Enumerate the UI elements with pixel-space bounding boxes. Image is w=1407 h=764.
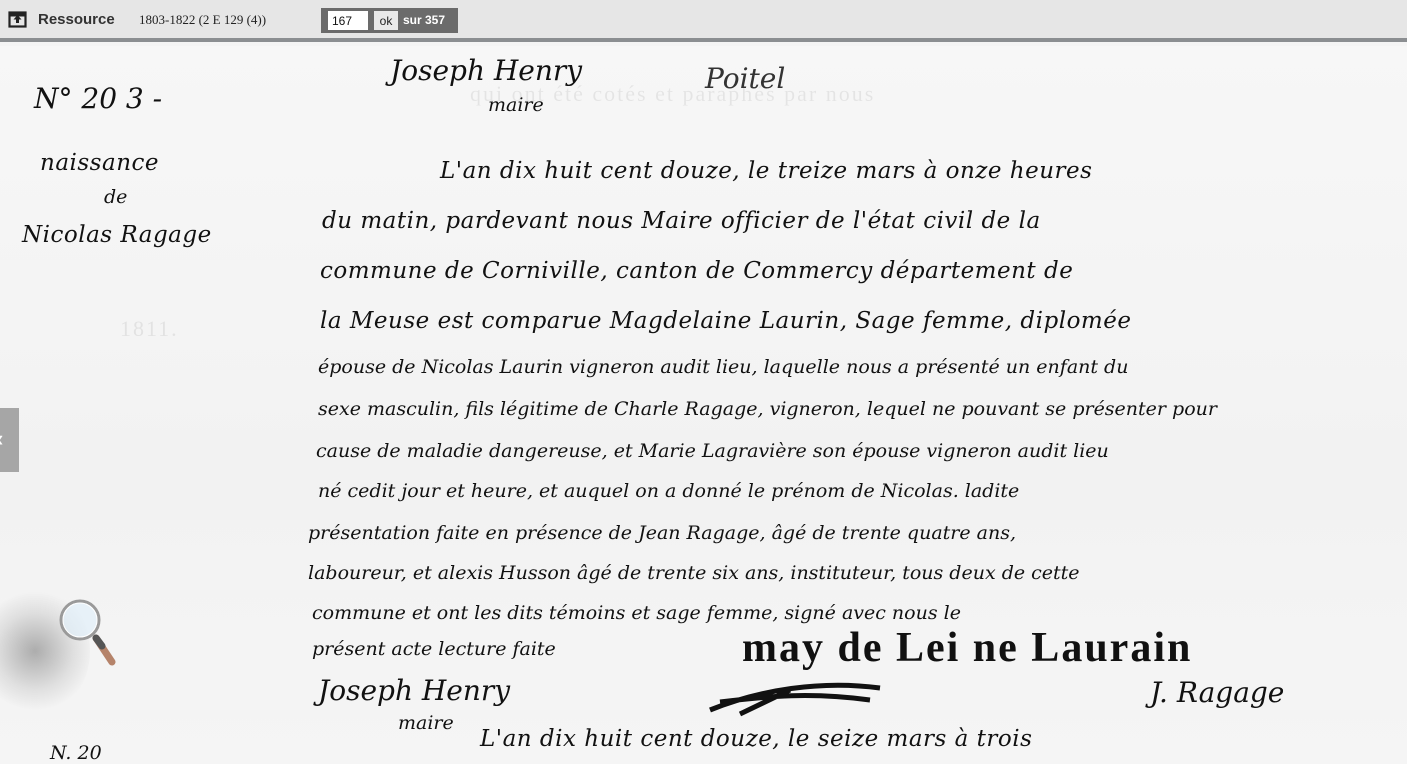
signature-mayor-bottom: Joseph Henry — [318, 674, 510, 707]
signature-midwife: may de Lei ne Laurain — [742, 624, 1192, 672]
body-line: présent acte lecture faite — [312, 638, 556, 660]
margin-entry-number: N° 20 3 - — [34, 82, 162, 115]
magnifier-icon[interactable] — [56, 598, 118, 668]
bleed-through-text: 1811. — [120, 316, 179, 342]
document-viewer[interactable]: qui ont été cotés et paraphés par nous 1… — [0, 46, 1407, 764]
body-line: né cedit jour et heure, et auquel on a d… — [318, 480, 1019, 502]
resource-box-icon — [8, 10, 27, 28]
resource-title: Ressource — [38, 11, 115, 28]
scanned-page: qui ont été cotés et paraphés par nous 1… — [0, 46, 1407, 764]
next-entry-first-line: L'an dix huit cent douze, le seize mars … — [480, 726, 1032, 752]
body-line: la Meuse est comparue Magdelaine Laurin,… — [320, 308, 1131, 334]
signature-mayor-title-top: maire — [488, 94, 544, 116]
go-to-page-button[interactable]: ok — [374, 11, 398, 30]
margin-entry-type: naissance — [40, 150, 159, 176]
next-entry-margin: N. 20 — [50, 742, 102, 764]
top-bar: Ressource 1803-1822 (2 E 129 (4)) ok sur… — [0, 0, 1407, 42]
chevron-left-icon: ‹ — [0, 428, 3, 450]
body-line: cause de maladie dangereuse, et Marie La… — [316, 440, 1109, 462]
body-line: présentation faite en présence de Jean R… — [308, 522, 1016, 544]
signature-witness: J. Ragage — [1150, 676, 1284, 709]
page-number-input[interactable] — [328, 11, 368, 30]
body-line: sexe masculin, fils légitime de Charle R… — [318, 398, 1217, 420]
body-line: commune et ont les dits témoins et sage … — [312, 602, 961, 624]
signature-mayor-top: Joseph Henry — [390, 54, 582, 87]
previous-page-button[interactable]: ‹ — [0, 408, 19, 472]
body-line: épouse de Nicolas Laurin vigneron audit … — [318, 356, 1128, 378]
signature-mayor-title-bottom: maire — [398, 712, 454, 734]
page-navigator: ok sur 357 — [321, 8, 458, 33]
body-line: L'an dix huit cent douze, le treize mars… — [440, 158, 1092, 184]
signature-flourish — [700, 670, 900, 720]
resource-reference: 1803-1822 (2 E 129 (4)) — [139, 12, 266, 28]
margin-child-name: Nicolas Ragage — [22, 222, 212, 248]
body-line: commune de Corniville, canton de Commerc… — [320, 258, 1073, 284]
margin-de: de — [104, 186, 127, 208]
body-line: du matin, pardevant nous Maire officier … — [322, 208, 1041, 234]
page-total: sur 357 — [403, 13, 445, 27]
signature-other-top: Poitel — [705, 62, 785, 95]
body-line: laboureur, et alexis Husson âgé de trent… — [308, 562, 1080, 584]
